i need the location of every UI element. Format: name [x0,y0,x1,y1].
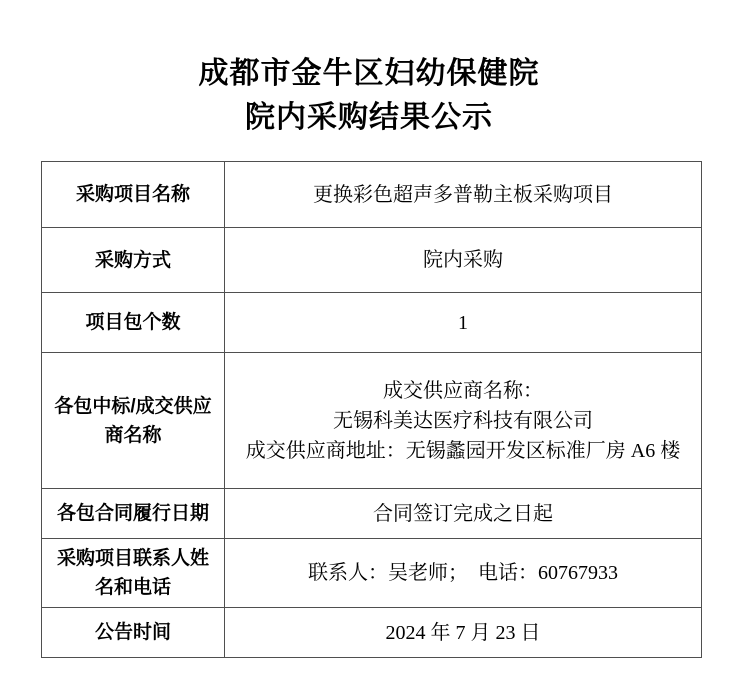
row-value-text: 成交供应商地址：无锡蠡园开发区标准厂房 A6 楼 [231,436,695,466]
page-title-line1: 成都市金牛区妇幼保健院 [0,52,738,96]
page-title: 成都市金牛区妇幼保健院 院内采购结果公示 [0,0,738,140]
row-label: 公告时间 [42,608,225,658]
row-label-text: 名和电话 [50,573,216,602]
page-title-line2: 院内采购结果公示 [0,96,738,140]
table-row: 公告时间 2024 年 7 月 23 日 [42,608,702,658]
table-row: 各包中标/成交供应 商名称 成交供应商名称： 无锡科美达医疗科技有限公司 成交供… [42,353,702,489]
row-value: 更换彩色超声多普勒主板采购项目 [225,162,702,228]
row-value-text: 无锡科美达医疗科技有限公司 [231,406,695,436]
row-label: 采购项目名称 [42,162,225,228]
table-row: 项目包个数 1 [42,293,702,353]
document-page: 成都市金牛区妇幼保健院 院内采购结果公示 采购项目名称 更换彩色超声多普勒主板采… [0,0,738,692]
row-label: 采购方式 [42,228,225,293]
row-label-text: 采购项目名称 [50,180,216,209]
row-value-text: 院内采购 [231,245,695,275]
row-label-text: 各包中标/成交供应 [50,392,216,421]
row-label-text: 采购方式 [50,246,216,275]
row-label-text: 各包合同履行日期 [50,499,216,528]
table-row: 各包合同履行日期 合同签订完成之日起 [42,489,702,539]
row-value-text: 合同签订完成之日起 [231,499,695,529]
row-label: 各包合同履行日期 [42,489,225,539]
row-label-text: 商名称 [50,421,216,450]
row-value-text: 联系人：吴老师； 电话：60767933 [231,558,695,588]
row-label-text: 公告时间 [50,618,216,647]
row-value: 院内采购 [225,228,702,293]
row-value: 2024 年 7 月 23 日 [225,608,702,658]
row-value: 成交供应商名称： 无锡科美达医疗科技有限公司 成交供应商地址：无锡蠡园开发区标准… [225,353,702,489]
row-label-text: 项目包个数 [50,308,216,337]
row-value-text: 成交供应商名称： [231,376,695,406]
row-value-text: 更换彩色超声多普勒主板采购项目 [231,180,695,210]
row-value-text: 1 [231,308,695,338]
row-label: 采购项目联系人姓 名和电话 [42,539,225,608]
row-label-text: 采购项目联系人姓 [50,544,216,573]
row-value-text: 2024 年 7 月 23 日 [231,618,695,648]
table-row: 采购方式 院内采购 [42,228,702,293]
table-row: 采购项目联系人姓 名和电话 联系人：吴老师； 电话：60767933 [42,539,702,608]
row-label: 项目包个数 [42,293,225,353]
table-row: 采购项目名称 更换彩色超声多普勒主板采购项目 [42,162,702,228]
row-value: 1 [225,293,702,353]
row-value: 联系人：吴老师； 电话：60767933 [225,539,702,608]
procurement-results-table: 采购项目名称 更换彩色超声多普勒主板采购项目 采购方式 院内采购 项目包个数 [41,161,702,658]
row-value: 合同签订完成之日起 [225,489,702,539]
row-label: 各包中标/成交供应 商名称 [42,353,225,489]
